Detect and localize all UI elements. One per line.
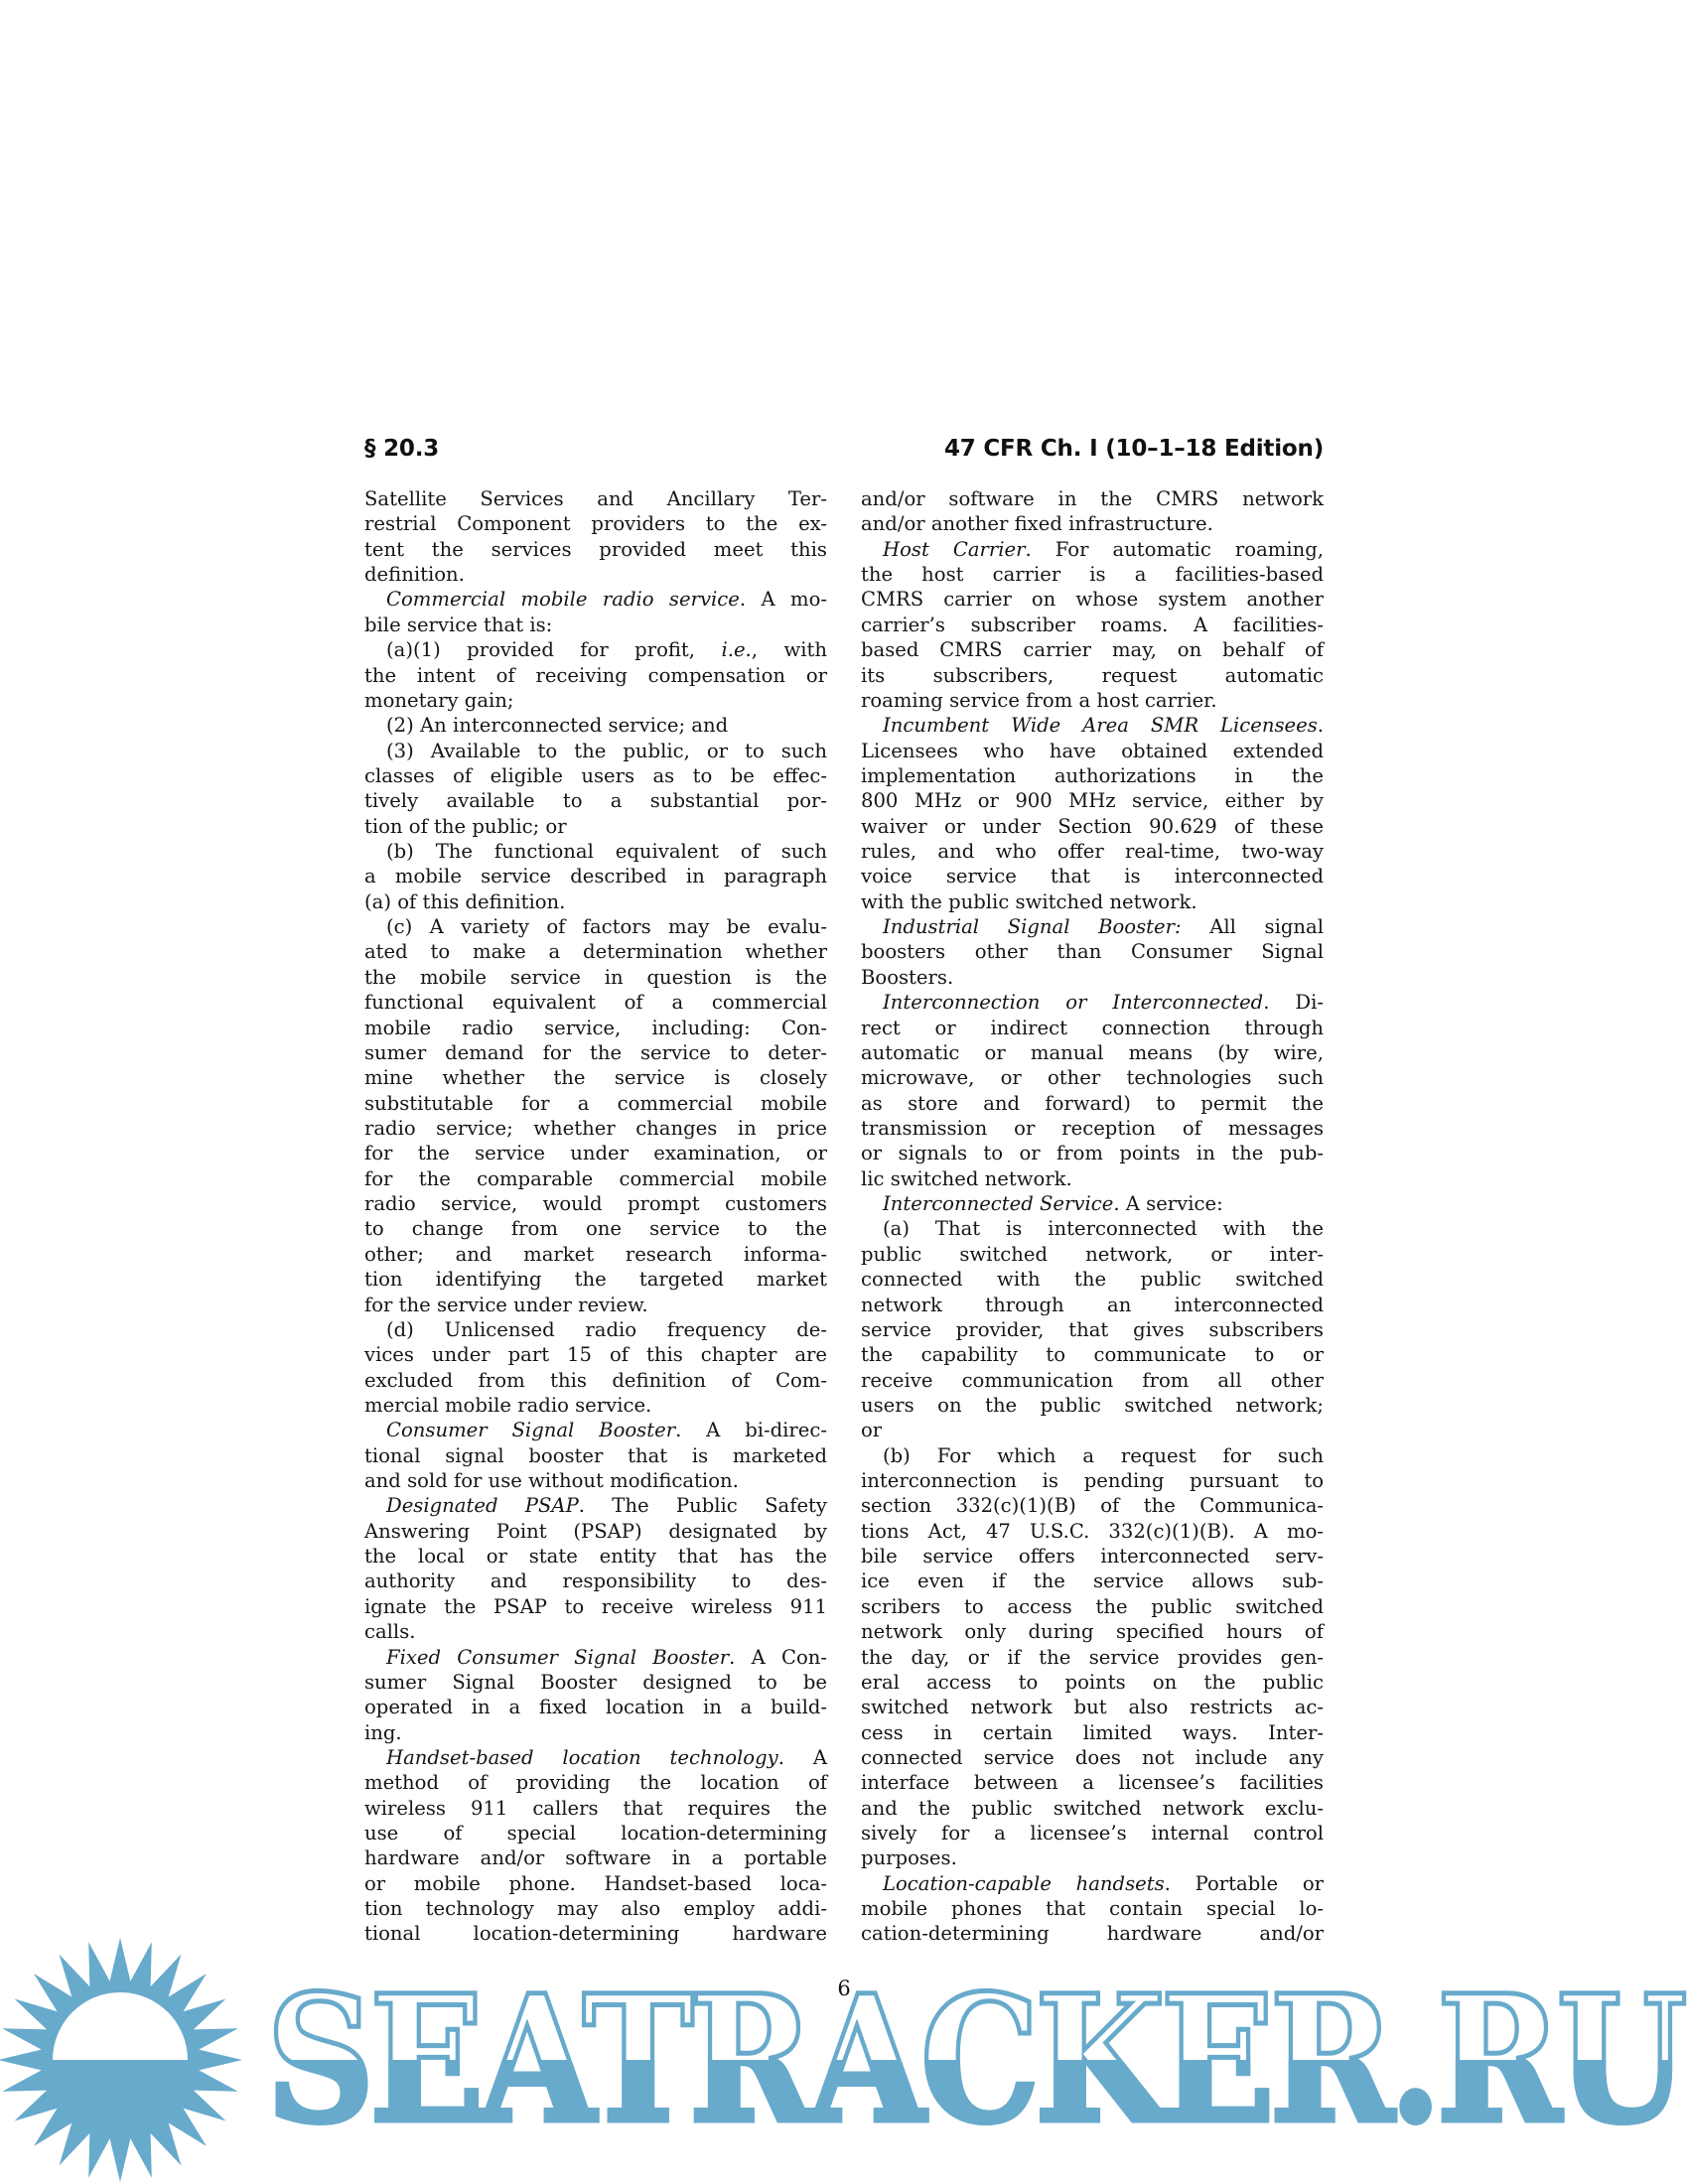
text-line: method of providing the location of [364,1770,827,1795]
text-line: interface between a licensee’s facilitie… [861,1770,1324,1795]
defined-term: Location-capable handsets [883,1872,1165,1895]
text-line: wireless 911 callers that requires the [364,1796,827,1821]
text-line: a mobile service described in paragraph [364,864,827,888]
text-line: implementation authorizations in the [861,763,1324,788]
page-number: 6 [0,1976,1688,2001]
defined-term: Fixed Consumer Signal Booster [386,1646,729,1669]
text-line: Industrial Signal Booster: All signal [861,914,1324,939]
text-line: definition. [364,562,827,587]
text-line: radio service, would prompt customers [364,1191,827,1216]
text-line: or mobile phone. Handset-based loca- [364,1871,827,1896]
text-line: lic switched network. [861,1166,1324,1191]
text-line: and/or software in the CMRS network [861,486,1324,511]
text-line: classes of eligible users as to be effec… [364,763,827,788]
text-line: its subscribers, request automatic [861,663,1324,688]
text-line: authority and responsibility to des- [364,1569,827,1593]
text-line: and/or another fixed infrastructure. [861,511,1324,536]
text-line: vices under part 15 of this chapter are [364,1342,827,1367]
text-line: with the public switched network. [861,889,1324,914]
text-line: microwave, or other technologies such [861,1065,1324,1090]
text-line: bile service that is: [364,613,827,637]
text-line: public switched network, or inter- [861,1242,1324,1267]
text-line: the local or state entity that has the [364,1544,827,1569]
text-line: Boosters. [861,965,1324,990]
text-line: connected service does not include any [861,1745,1324,1770]
text-line: substitutable for a commercial mobile [364,1091,827,1116]
text-line: tion of the public; or [364,814,827,839]
text-line: operated in a fixed location in a build- [364,1695,827,1719]
text-line: based CMRS carrier may, on behalf of [861,637,1324,662]
text-line: tion technology may also employ addi- [364,1896,827,1921]
text-line: the intent of receiving compensation or [364,663,827,688]
text-line: the day, or if the service provides gen- [861,1645,1324,1670]
defined-term: Consumer Signal Booster [386,1419,675,1441]
text-line: Fixed Consumer Signal Booster. A Con- [364,1645,827,1670]
defined-term: Designated PSAP [386,1494,579,1517]
right-column: and/or software in the CMRS networkand/o… [861,486,1324,1947]
text-line: the host carrier is a facilities-based [861,562,1324,587]
text-line: Incumbent Wide Area SMR Licensees. [861,713,1324,738]
text-line: mobile radio service, including: Con- [364,1016,827,1040]
text-line: for the comparable commercial mobile [364,1166,827,1191]
defined-term: Interconnected Service [883,1192,1113,1215]
text-line: tent the services provided meet this [364,537,827,562]
text-line: Handset-based location technology. A [364,1745,827,1770]
text-line: restrial Component providers to the ex- [364,511,827,536]
text-line: 800 MHz or 900 MHz service, either by [861,788,1324,813]
text-line: ated to make a determination whether [364,939,827,964]
text-line: network through an interconnected [861,1293,1324,1317]
text-line: rect or indirect connection through [861,1016,1324,1040]
text-line: the capability to communicate to or [861,1342,1324,1367]
defined-term: Incumbent Wide Area SMR Licensees [883,714,1318,737]
text-line: voice service that is interconnected [861,864,1324,888]
left-column: Satellite Services and Ancillary Ter-res… [364,486,827,1947]
text-line: other; and market research informa- [364,1242,827,1267]
text-line: boosters other than Consumer Signal [861,939,1324,964]
text-line: eral access to points on the public [861,1670,1324,1695]
text-line: Consumer Signal Booster. A bi-direc- [364,1418,827,1442]
text-line: Designated PSAP. The Public Safety [364,1493,827,1518]
running-title: 47 CFR Ch. I (10–1–18 Edition) [944,435,1324,463]
text-line: section 332(c)(1)(B) of the Communica- [861,1493,1324,1518]
text-line: tively available to a substantial por- [364,788,827,813]
text-line: monetary gain; [364,688,827,713]
text-line: automatic or manual means (by wire, [861,1040,1324,1065]
text-line: mobile phones that contain special lo- [861,1896,1324,1921]
text-line: (a) That is interconnected with the [861,1216,1324,1241]
text-line: rules, and who offer real-time, two-way [861,839,1324,864]
text-line: (c) A variety of factors may be evalu- [364,914,827,939]
text-line: ing. [364,1720,827,1745]
text-line: tions Act, 47 U.S.C. 332(c)(1)(B). A mo- [861,1519,1324,1544]
text-line: the mobile service in question is the [364,965,827,990]
text-line: receive communication from all other [861,1368,1324,1393]
text-line: or signals to or from points in the pub- [861,1141,1324,1165]
defined-term: Host Carrier [883,538,1026,561]
text-line: Licensees who have obtained extended [861,739,1324,763]
section-number: § 20.3 [364,435,439,463]
text-line: functional equivalent of a commercial [364,990,827,1015]
watermark: SEATRACKER.RU [0,1936,1688,2184]
text-line: ignate the PSAP to receive wireless 911 [364,1594,827,1619]
text-line: bile service offers interconnected serv- [861,1544,1324,1569]
text-line: for the service under review. [364,1293,827,1317]
text-line: (3) Available to the public, or to such [364,739,827,763]
defined-term: Handset-based location technology [386,1746,778,1769]
text-line: roaming service from a host carrier. [861,688,1324,713]
text-line: sumer demand for the service to deter- [364,1040,827,1065]
text-line: transmission or reception of messages [861,1116,1324,1141]
text-line: (b) For which a request for such [861,1443,1324,1468]
text-line: or [861,1418,1324,1442]
text-line: connected with the public switched [861,1267,1324,1292]
text-line: Satellite Services and Ancillary Ter- [364,486,827,511]
text-line: Commercial mobile radio service. A mo- [364,587,827,612]
text-line: network only during specified hours of [861,1619,1324,1644]
text-line: service provider, that gives subscribers [861,1317,1324,1342]
text-line: sively for a licensee’s internal control [861,1821,1324,1845]
text-line: and sold for use without modification. [364,1468,827,1493]
text-line: calls. [364,1619,827,1644]
text-line: (a)(1) provided for profit, i.e., with [364,637,827,662]
text-line: users on the public switched network; [861,1393,1324,1418]
text-line: use of special location-determining [364,1821,827,1845]
text-line: purposes. [861,1845,1324,1870]
defined-term: Interconnection or Interconnected [883,991,1263,1014]
text-line: ice even if the service allows sub- [861,1569,1324,1593]
text-line: tional signal booster that is marketed [364,1443,827,1468]
text-line: radio service; whether changes in price [364,1116,827,1141]
text-line: hardware and/or software in a portable [364,1845,827,1870]
text-line: tion identifying the targeted market [364,1267,827,1292]
text-line: for the service under examination, or [364,1141,827,1165]
text-line: carrier’s subscriber roams. A facilities… [861,613,1324,637]
text-line: (d) Unlicensed radio frequency de- [364,1317,827,1342]
text-line: interconnection is pending pursuant to [861,1468,1324,1493]
text-line: sumer Signal Booster designed to be [364,1670,827,1695]
watermark-text: SEATRACKER.RU [266,1989,1682,2130]
text-line: excluded from this definition of Com- [364,1368,827,1393]
text-line: Host Carrier. For automatic roaming, [861,537,1324,562]
text-line: (b) The functional equivalent of such [364,839,827,864]
text-line: Answering Point (PSAP) designated by [364,1519,827,1544]
text-line: to change from one service to the [364,1216,827,1241]
defined-term: Commercial mobile radio service [386,588,740,611]
text-line: cess in certain limited ways. Inter- [861,1720,1324,1745]
text-line: as store and forward) to permit the [861,1091,1324,1116]
text-line: switched network but also restricts ac- [861,1695,1324,1719]
text-line: Interconnected Service. A service: [861,1191,1324,1216]
text-line: Location-capable handsets. Portable or [861,1871,1324,1896]
text-line: mercial mobile radio service. [364,1393,827,1418]
text-line: (2) An interconnected service; and [364,713,827,738]
text-line: mine whether the service is closely [364,1065,827,1090]
text-line: (a) of this definition. [364,889,827,914]
text-line: scribers to access the public switched [861,1594,1324,1619]
text-line: CMRS carrier on whose system another [861,587,1324,612]
text-line: Interconnection or Interconnected. Di- [861,990,1324,1015]
text-line: and the public switched network exclu- [861,1796,1324,1821]
text-line: waiver or under Section 90.629 of these [861,814,1324,839]
defined-term: Industrial Signal Booster: [883,915,1182,938]
